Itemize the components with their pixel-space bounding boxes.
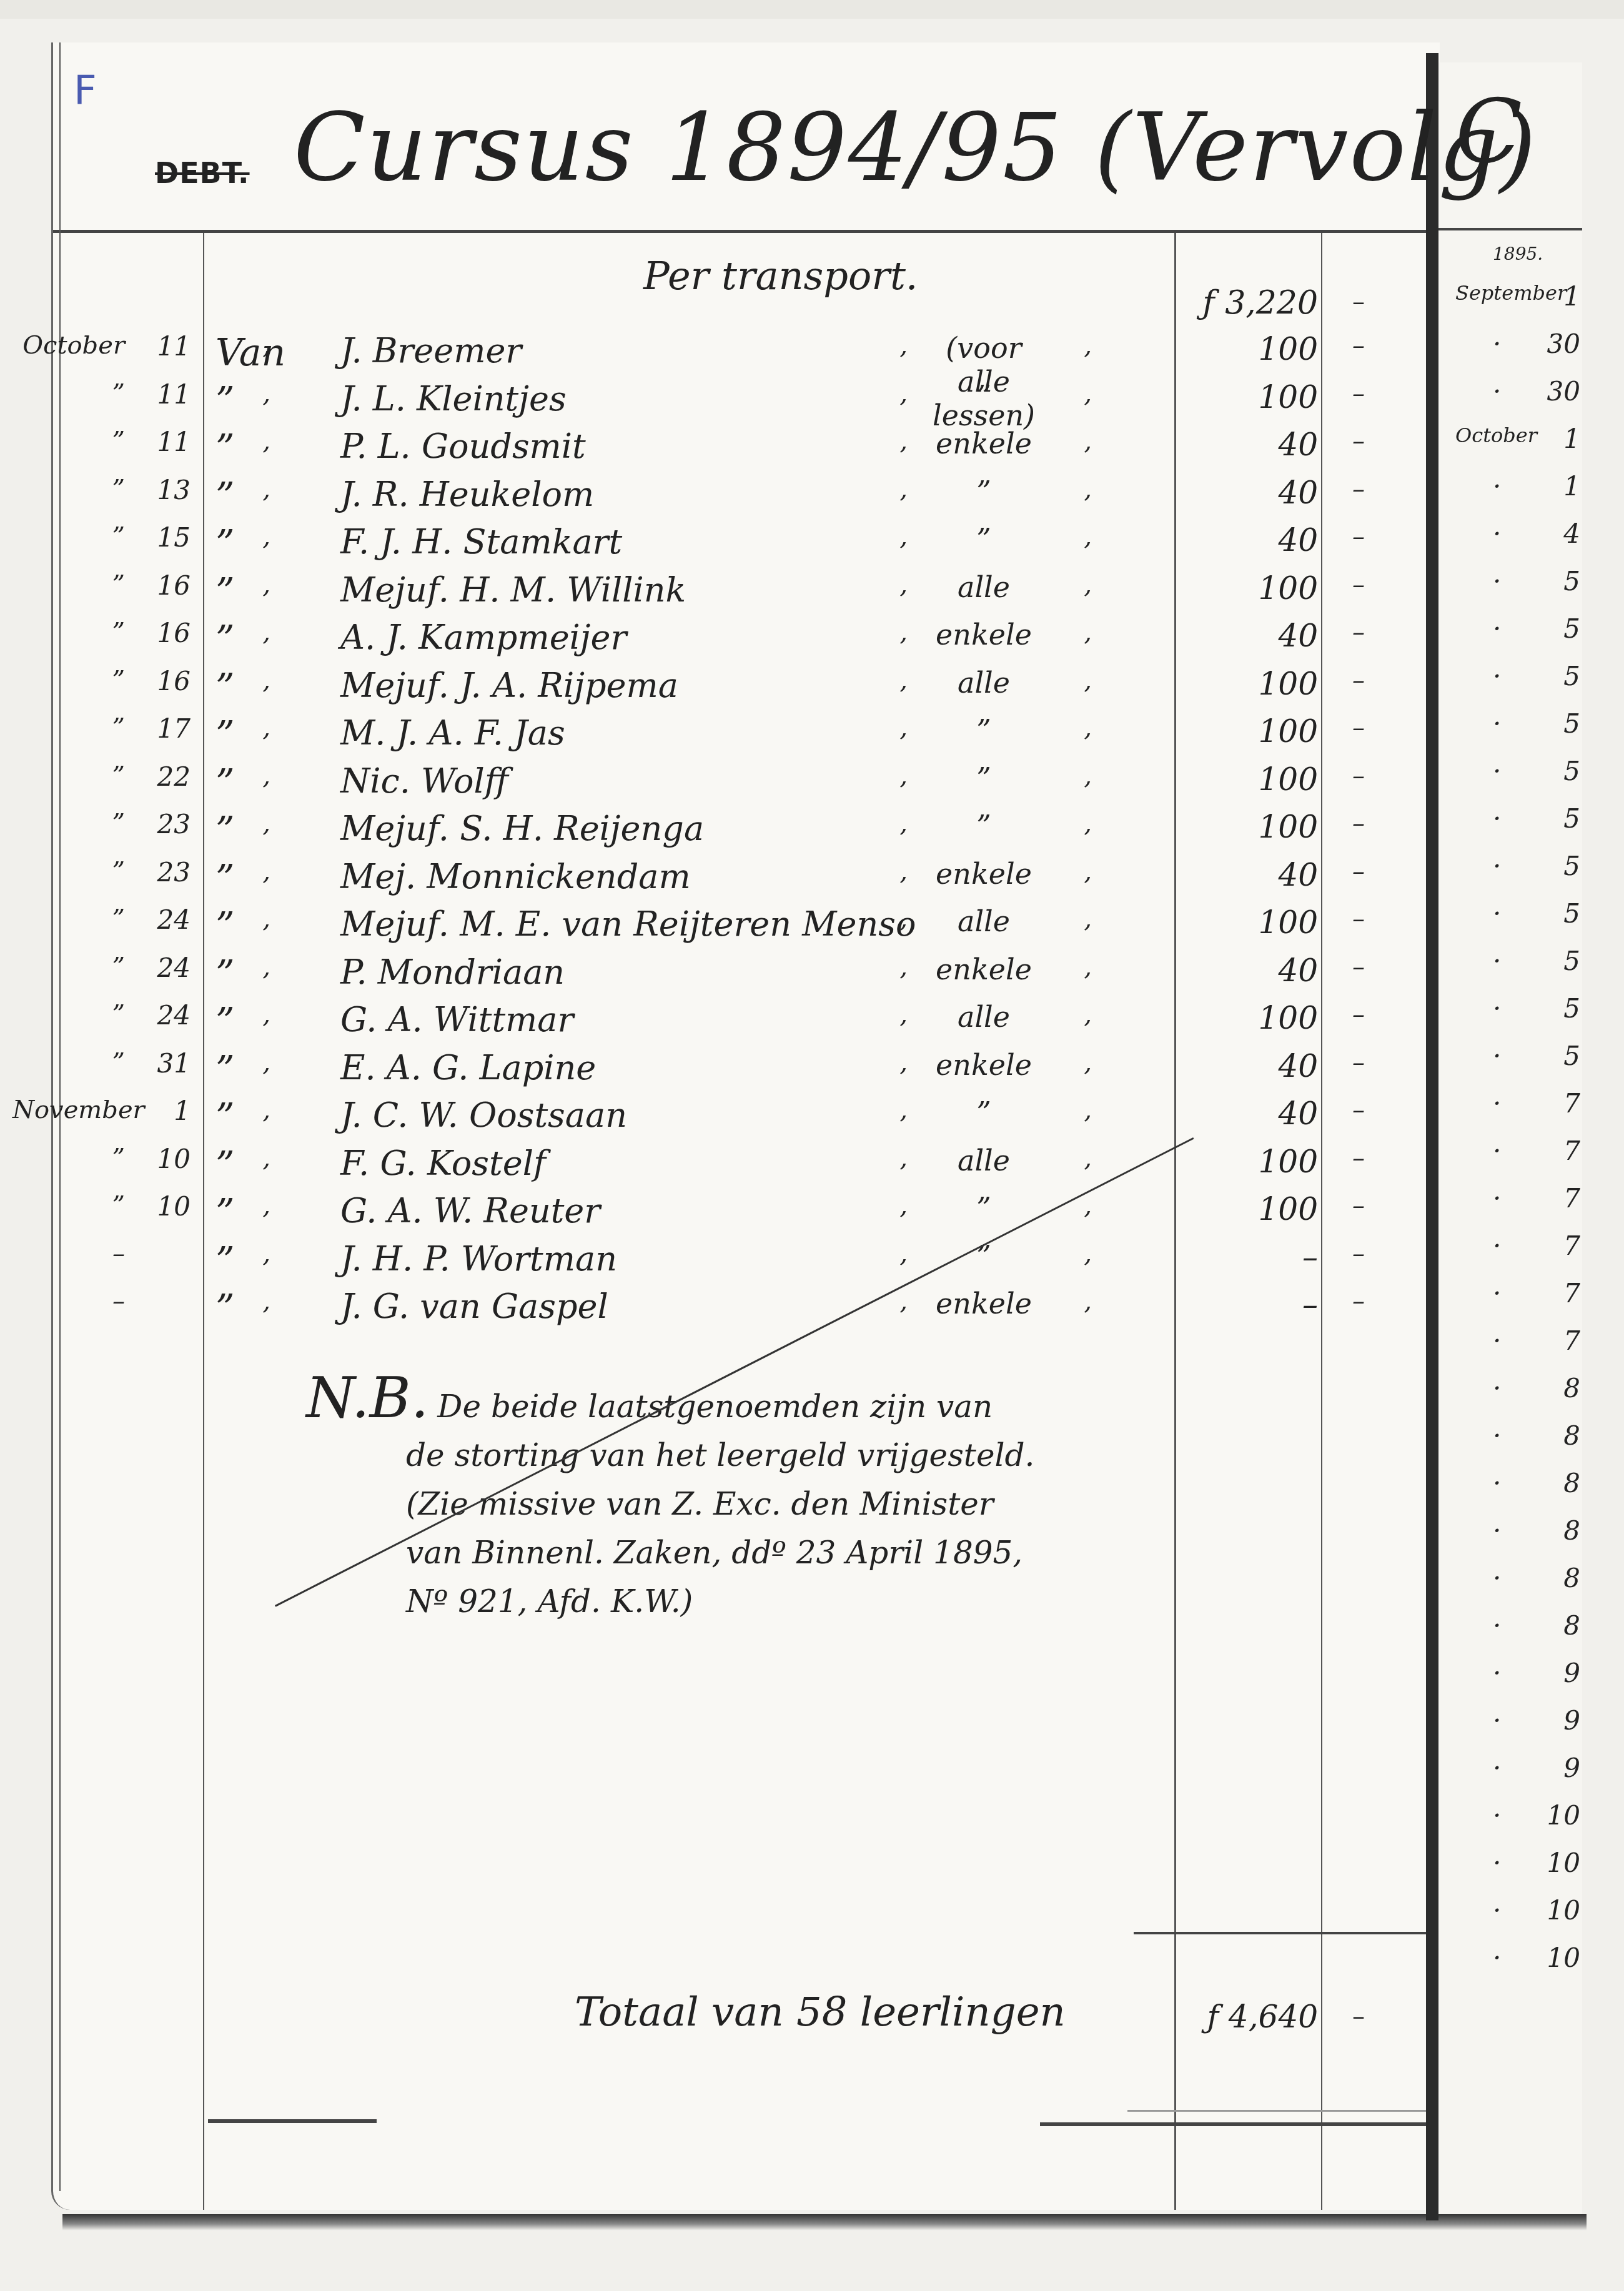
- ditto-mark: ‚: [1084, 522, 1092, 551]
- entry-lessons: ”: [924, 1096, 1043, 1129]
- ditto-mark: ‚: [1084, 475, 1092, 503]
- entry-cents: –: [1352, 379, 1365, 408]
- facing-page-date: ·5: [1455, 708, 1580, 756]
- entry-month: ”: [12, 1000, 131, 1029]
- entry-prefix: ”: [215, 618, 235, 661]
- ditto-dot: ·: [1493, 803, 1501, 834]
- ledger-row: ”16”A. J. Kampmeijerenkele40–‚‚‚: [0, 618, 1387, 666]
- entry-amount: –: [1174, 1287, 1318, 1323]
- facing-page-date: ·30: [1455, 376, 1580, 423]
- facing-day: 10: [1547, 1942, 1580, 1973]
- ditto-dot: ·: [1493, 1800, 1501, 1831]
- ledger-row: ”15”F. J. H. Stamkart”40–‚‚‚: [0, 522, 1387, 571]
- entry-cents: –: [1352, 809, 1365, 838]
- entry-cents: –: [1352, 1239, 1365, 1268]
- facing-header-rule: [1438, 228, 1582, 230]
- ditto-mark: ‚: [262, 713, 270, 742]
- entry-amount: 100: [1174, 1000, 1318, 1036]
- entry-amount: 40: [1174, 475, 1318, 511]
- ledger-row: ”11”J. L. Kleintjes”100–‚‚‚: [0, 379, 1387, 428]
- facing-page-date: ·1: [1455, 471, 1580, 518]
- entry-day: 13: [125, 475, 191, 505]
- entry-lessons: ”: [924, 379, 1043, 413]
- ditto-mark: ‚: [899, 761, 908, 790]
- facing-page-title-fragment: C: [1455, 81, 1522, 183]
- entry-amount: 100: [1174, 666, 1318, 702]
- facing-day: 30: [1547, 329, 1580, 359]
- entry-lessons: enkele: [924, 1287, 1043, 1320]
- entry-cents: –: [1352, 713, 1365, 742]
- ditto-mark: ‚: [262, 666, 270, 695]
- ditto-mark: ‚: [899, 618, 908, 646]
- entry-lessons: ”: [924, 809, 1043, 843]
- entry-day: 23: [125, 857, 191, 888]
- ditto-mark: ‚: [1084, 427, 1092, 455]
- ledger-row: ”10”G. A. W. Reuter”100–‚‚‚: [0, 1191, 1387, 1240]
- entry-lessons: ”: [924, 713, 1043, 747]
- ditto-mark: ‚: [899, 1191, 908, 1220]
- note: N.B.De beide laatstgenoemden zijn van de…: [306, 1374, 1181, 1626]
- entry-prefix: ”: [215, 570, 235, 614]
- ditto-dot: ·: [1493, 1468, 1501, 1498]
- facing-day: 10: [1547, 1895, 1580, 1926]
- entry-month: ”: [12, 809, 131, 838]
- ditto-dot: ·: [1493, 376, 1501, 407]
- ditto-mark: ‚: [1084, 1048, 1092, 1077]
- ditto-mark: ‚: [1084, 953, 1092, 981]
- facing-day: 5: [1563, 613, 1580, 644]
- facing-page-date: ·5: [1455, 661, 1580, 708]
- ditto-mark: ‚: [262, 1000, 270, 1029]
- ditto-dot: ·: [1493, 661, 1501, 691]
- entry-cents: –: [1352, 666, 1365, 695]
- entry-amount: 40: [1174, 1048, 1318, 1084]
- entry-prefix: ”: [215, 904, 235, 948]
- entry-cents: –: [1352, 761, 1365, 790]
- student-name: M. J. A. F. Jas: [340, 713, 565, 753]
- facing-day: 10: [1547, 1800, 1580, 1831]
- ditto-dot: ·: [1493, 1848, 1501, 1878]
- carried-forward-cents: –: [1352, 287, 1365, 316]
- ditto-mark: ‚: [899, 1000, 908, 1029]
- facing-page-date: ·9: [1455, 1753, 1580, 1800]
- ditto-mark: ‚: [899, 1287, 908, 1315]
- ditto-dot: ·: [1493, 1942, 1501, 1973]
- ditto-mark: ‚: [262, 857, 270, 886]
- entry-cents: –: [1352, 1048, 1365, 1077]
- student-name: F. G. Kostelf: [340, 1144, 546, 1183]
- note-line: (Zie missive van Z. Exc. den Minister: [306, 1480, 1181, 1528]
- facing-day: 7: [1563, 1325, 1580, 1356]
- ditto-mark: ‚: [262, 331, 270, 360]
- entry-day: 11: [125, 379, 191, 410]
- ditto-mark: ‚: [262, 618, 270, 646]
- book-spine: [1426, 53, 1438, 2220]
- total-label: Totaal van 58 leerlingen: [575, 1989, 1066, 2036]
- facing-day: 1: [1563, 281, 1580, 312]
- entry-day: 11: [125, 331, 191, 362]
- facing-day: 1: [1563, 471, 1580, 502]
- entry-prefix: ”: [215, 1144, 235, 1187]
- student-name: P. L. Goudsmit: [340, 427, 586, 466]
- facing-page-date: ·5: [1455, 898, 1580, 946]
- facing-day: 5: [1563, 756, 1580, 786]
- student-name: A. J. Kampmeijer: [340, 618, 626, 657]
- facing-page-date: ·8: [1455, 1515, 1580, 1563]
- ditto-mark: ‚: [262, 475, 270, 503]
- entry-day: 24: [125, 904, 191, 935]
- entry-lessons: ”: [924, 1191, 1043, 1225]
- entry-cents: –: [1352, 857, 1365, 886]
- entry-cents: –: [1352, 1096, 1365, 1124]
- facing-page-date: ·7: [1455, 1088, 1580, 1136]
- entry-amount: 40: [1174, 618, 1318, 654]
- entry-month: ”: [12, 713, 131, 742]
- entry-prefix: ”: [215, 1191, 235, 1235]
- header-rule: [53, 230, 1430, 233]
- facing-page-date: ·4: [1455, 518, 1580, 566]
- facing-day: 5: [1563, 946, 1580, 976]
- entry-amount: 40: [1174, 857, 1318, 893]
- ditto-dot: ·: [1493, 1658, 1501, 1688]
- entry-day: 16: [125, 570, 191, 601]
- student-name: F. J. H. Stamkart: [340, 522, 622, 562]
- facing-month: September: [1455, 281, 1567, 305]
- facing-day: 5: [1563, 1041, 1580, 1071]
- entry-day: 10: [125, 1144, 191, 1174]
- entry-lessons: ”: [924, 522, 1043, 556]
- note-line: van Binnenl. Zaken, ddº 23 April 1895,: [306, 1528, 1181, 1577]
- facing-page-date: ·5: [1455, 851, 1580, 898]
- ditto-dot: ·: [1493, 566, 1501, 596]
- ditto-dot: ·: [1493, 329, 1501, 359]
- facing-page-date: ·5: [1455, 566, 1580, 613]
- total-cents: –: [1352, 2002, 1365, 2031]
- facing-day: 7: [1563, 1278, 1580, 1309]
- entry-cents: –: [1352, 427, 1365, 455]
- entry-amount: 100: [1174, 570, 1318, 606]
- ditto-mark: ‚: [1084, 666, 1092, 695]
- entry-lessons: alle: [924, 904, 1043, 938]
- carried-forward-value: 3,220: [1225, 284, 1318, 322]
- entry-month: ”: [12, 1191, 131, 1220]
- facing-day: 8: [1563, 1563, 1580, 1593]
- entry-day: 23: [125, 809, 191, 839]
- ditto-mark: ‚: [262, 953, 270, 981]
- ditto-mark: ‚: [1084, 618, 1092, 646]
- entry-lessons: enkele: [924, 953, 1043, 986]
- entry-cents: –: [1352, 1144, 1365, 1172]
- entry-amount: –: [1174, 1239, 1318, 1275]
- ditto-dot: ·: [1493, 898, 1501, 929]
- ledger-row: ”24”G. A. Wittmaralle100–‚‚‚: [0, 1000, 1387, 1049]
- ditto-dot: ·: [1493, 1278, 1501, 1309]
- student-name: J. Breemer: [340, 331, 522, 370]
- facing-day: 5: [1563, 708, 1580, 739]
- ditto-mark: ‚: [1084, 1096, 1092, 1124]
- entry-month: ”: [12, 522, 131, 551]
- entry-month: ”: [12, 904, 131, 933]
- entry-cents: –: [1352, 618, 1365, 646]
- facing-page-date: ·7: [1455, 1230, 1580, 1278]
- ditto-mark: ‚: [899, 857, 908, 886]
- student-name: P. Mondriaan: [340, 953, 565, 992]
- total-amount: ƒ 4,640: [1174, 1999, 1318, 2035]
- facing-day: 8: [1563, 1420, 1580, 1451]
- facing-day: 7: [1563, 1183, 1580, 1214]
- facing-page-date: ·7: [1455, 1278, 1580, 1325]
- entry-amount: 40: [1174, 427, 1318, 463]
- ditto-mark: ‚: [262, 1191, 270, 1220]
- entry-day: 16: [125, 618, 191, 648]
- entry-month: –: [12, 1239, 131, 1268]
- ditto-mark: ‚: [262, 1144, 270, 1172]
- entry-month: ”: [12, 427, 131, 455]
- entry-amount: 100: [1174, 1191, 1318, 1227]
- student-name: Mejuf. H. M. Willink: [340, 570, 686, 610]
- ditto-mark: ‚: [1084, 1191, 1092, 1220]
- photo-background: [0, 0, 1624, 19]
- ditto-dot: ·: [1493, 851, 1501, 881]
- ditto-mark: ‚: [1084, 857, 1092, 886]
- facing-page-date: ·8: [1455, 1610, 1580, 1658]
- final-rule-right: [1040, 2122, 1430, 2126]
- entry-amount: 100: [1174, 379, 1318, 415]
- facing-page-year: 1895.: [1493, 244, 1543, 264]
- entry-month: October: [12, 331, 131, 360]
- ditto-mark: ‚: [899, 953, 908, 981]
- facing-day: 7: [1563, 1136, 1580, 1166]
- facing-page-date: ·5: [1455, 803, 1580, 851]
- debit-label: DEBT.: [155, 156, 250, 190]
- ditto-dot: ·: [1493, 1753, 1501, 1783]
- entry-prefix: ”: [215, 809, 235, 853]
- facing-page-date: ·7: [1455, 1136, 1580, 1183]
- entry-cents: –: [1352, 1191, 1365, 1220]
- entry-day: 24: [125, 953, 191, 983]
- entry-amount: 100: [1174, 331, 1318, 367]
- student-name: J. G. van Gaspel: [340, 1287, 608, 1326]
- facing-page-date: ·8: [1455, 1563, 1580, 1610]
- facing-page-date: September1: [1455, 281, 1580, 329]
- ledger-row: November1”J. C. W. Oostsaan”40–‚‚‚: [0, 1096, 1387, 1144]
- entry-lessons: ”: [924, 761, 1043, 795]
- entry-prefix: ”: [215, 666, 235, 710]
- ditto-mark: ‚: [899, 570, 908, 599]
- facing-day: 10: [1547, 1848, 1580, 1878]
- entry-day: 16: [125, 666, 191, 696]
- ditto-dot: ·: [1493, 1041, 1501, 1071]
- carried-forward-amount: ƒ 3,220: [1174, 284, 1318, 322]
- entry-prefix: ”: [215, 522, 235, 566]
- ledger-row: –”J. H. P. Wortman”––‚‚‚: [0, 1239, 1387, 1288]
- facing-page-date: ·30: [1455, 329, 1580, 376]
- entry-lessons: alle: [924, 1000, 1043, 1034]
- facing-page-date: ·5: [1455, 756, 1580, 803]
- final-rule-left: [208, 2119, 377, 2123]
- facing-day: 8: [1563, 1468, 1580, 1498]
- facing-day: 7: [1563, 1088, 1580, 1119]
- entry-month: ”: [12, 761, 131, 790]
- ditto-mark: ‚: [262, 761, 270, 790]
- entry-month: ”: [12, 666, 131, 695]
- entry-cents: –: [1352, 953, 1365, 981]
- entry-prefix: ”: [215, 713, 235, 757]
- ditto-dot: ·: [1493, 1610, 1501, 1641]
- entry-cents: –: [1352, 904, 1365, 933]
- ditto-mark: ‚: [262, 1048, 270, 1077]
- ledger-row: ”23”Mejuf. S. H. Reijenga”100–‚‚‚: [0, 809, 1387, 858]
- student-name: Mej. Monnickendam: [340, 857, 691, 896]
- entry-month: ”: [12, 1144, 131, 1172]
- entry-amount: 40: [1174, 522, 1318, 558]
- ditto-dot: ·: [1493, 1088, 1501, 1119]
- ledger-row: ”13”J. R. Heukelom”40–‚‚‚: [0, 475, 1387, 523]
- ditto-dot: ·: [1493, 518, 1501, 549]
- ditto-mark: ‚: [899, 427, 908, 455]
- ditto-dot: ·: [1493, 1230, 1501, 1261]
- ditto-mark: ‚: [899, 904, 908, 933]
- facing-page-date: ·9: [1455, 1705, 1580, 1753]
- entry-prefix: ”: [215, 475, 235, 518]
- facing-day: 5: [1563, 803, 1580, 834]
- entry-prefix: Van: [215, 331, 285, 375]
- entry-lessons: enkele: [924, 857, 1043, 891]
- ditto-mark: ‚: [899, 713, 908, 742]
- ditto-mark: ‚: [1084, 809, 1092, 838]
- ditto-mark: ‚: [899, 475, 908, 503]
- entry-cents: –: [1352, 1287, 1365, 1315]
- ditto-mark: ‚: [899, 809, 908, 838]
- entry-day: 31: [125, 1048, 191, 1079]
- student-name: Mejuf. S. H. Reijenga: [340, 809, 704, 848]
- ditto-mark: ‚: [1084, 1287, 1092, 1315]
- facing-page-date: ·5: [1455, 613, 1580, 661]
- facing-day: 8: [1563, 1515, 1580, 1546]
- entry-lessons: enkele: [924, 618, 1043, 651]
- entry-month: November: [12, 1096, 131, 1124]
- ditto-dot: ·: [1493, 993, 1501, 1024]
- facing-page-date: ·8: [1455, 1373, 1580, 1420]
- facing-page-date: ·8: [1455, 1468, 1580, 1515]
- entry-prefix: ”: [215, 379, 235, 423]
- entry-day: 1: [125, 1096, 191, 1126]
- facing-day: 4: [1563, 518, 1580, 549]
- ledger-row: ”31”E. A. G. Lapineenkele40–‚‚‚: [0, 1048, 1387, 1097]
- facing-page-date: ·7: [1455, 1325, 1580, 1373]
- ditto-mark: ‚: [1084, 1239, 1092, 1268]
- entry-amount: 40: [1174, 1096, 1318, 1132]
- entry-cents: –: [1352, 522, 1365, 551]
- entry-amount: 100: [1174, 713, 1318, 750]
- student-name: Nic. Wolff: [340, 761, 508, 801]
- facing-day: 5: [1563, 898, 1580, 929]
- ledger-row: ”16”Mejuf. J. A. Rijpemaalle100–‚‚‚: [0, 666, 1387, 715]
- ditto-dot: ·: [1493, 471, 1501, 502]
- entry-day: 11: [125, 427, 191, 457]
- entry-cents: –: [1352, 475, 1365, 503]
- ditto-dot: ·: [1493, 1895, 1501, 1926]
- ledger-row: October11VanJ. Breemer(voor alle lessen)…: [0, 331, 1387, 380]
- ledger-row: ”17”M. J. A. F. Jas”100–‚‚‚: [0, 713, 1387, 762]
- entry-month: ”: [12, 618, 131, 646]
- facing-day: 9: [1563, 1705, 1580, 1736]
- entry-lessons: alle: [924, 666, 1043, 700]
- student-name: Mejuf. J. A. Rijpema: [340, 666, 678, 705]
- ditto-mark: ‚: [1084, 379, 1092, 408]
- ditto-mark: ‚: [1084, 331, 1092, 360]
- ditto-dot: ·: [1493, 1420, 1501, 1451]
- entry-prefix: ”: [215, 427, 235, 470]
- student-name: G. A. Wittmar: [340, 1000, 573, 1039]
- facing-page-date: ·10: [1455, 1895, 1580, 1942]
- ditto-dot: ·: [1493, 1705, 1501, 1736]
- student-name: G. A. W. Reuter: [340, 1191, 600, 1230]
- entry-cents: –: [1352, 331, 1365, 360]
- ditto-dot: ·: [1493, 1373, 1501, 1403]
- page-shadow: [62, 2214, 1587, 2230]
- entry-prefix: ”: [215, 1048, 235, 1092]
- entry-month: ”: [12, 570, 131, 599]
- facing-day: 9: [1563, 1658, 1580, 1688]
- facing-day: 5: [1563, 661, 1580, 691]
- entry-month: ”: [12, 379, 131, 408]
- ditto-mark: ‚: [899, 666, 908, 695]
- entry-prefix: ”: [215, 1239, 235, 1283]
- ditto-dot: ·: [1493, 708, 1501, 739]
- facing-page-date: ·9: [1455, 1658, 1580, 1705]
- entry-amount: 100: [1174, 904, 1318, 941]
- note-line: Nº 921, Afd. K.W.): [306, 1577, 1181, 1626]
- facing-page-date: ·5: [1455, 993, 1580, 1041]
- ditto-mark: ‚: [262, 427, 270, 455]
- final-rule-right-upper: [1127, 2110, 1430, 2112]
- ditto-mark: ‚: [262, 904, 270, 933]
- entry-prefix: ”: [215, 857, 235, 901]
- ditto-mark: ‚: [899, 1144, 908, 1172]
- note-line: de storting van het leergeld vrijgesteld…: [306, 1431, 1181, 1480]
- ledger-row: –”J. G. van Gaspelenkele––‚‚‚: [0, 1287, 1387, 1335]
- ditto-mark: ‚: [899, 379, 908, 408]
- ditto-mark: ‚: [899, 1096, 908, 1124]
- facing-day: 8: [1563, 1373, 1580, 1403]
- entry-lessons: enkele: [924, 1048, 1043, 1082]
- ditto-mark: ‚: [899, 331, 908, 360]
- carried-forward-label: Per transport.: [643, 253, 918, 299]
- facing-page-date: ·10: [1455, 1848, 1580, 1895]
- ditto-mark: ‚: [899, 522, 908, 551]
- ditto-dot: ·: [1493, 1183, 1501, 1214]
- ditto-mark: ‚: [1084, 904, 1092, 933]
- entry-month: ”: [12, 475, 131, 503]
- student-name: Mejuf. M. E. van Reijteren Menso: [340, 904, 916, 944]
- facing-day: 8: [1563, 1610, 1580, 1641]
- ditto-dot: ·: [1493, 613, 1501, 644]
- page-title: Cursus 1894/95 (Vervolg): [294, 94, 1537, 202]
- ledger-row: ”10”F. G. Kostelfalle100–‚‚‚: [0, 1144, 1387, 1192]
- student-name: J. H. P. Wortman: [340, 1239, 617, 1279]
- entry-day: 15: [125, 522, 191, 553]
- entry-month: ”: [12, 953, 131, 981]
- total-value: 4,640: [1229, 1999, 1318, 2035]
- facing-day: 5: [1563, 851, 1580, 881]
- entry-amount: 100: [1174, 1144, 1318, 1180]
- student-name: J. L. Kleintjes: [340, 379, 567, 418]
- entry-day: 17: [125, 713, 191, 744]
- ditto-mark: ‚: [899, 1048, 908, 1077]
- ditto-dot: ·: [1493, 1325, 1501, 1356]
- entry-prefix: ”: [215, 1000, 235, 1044]
